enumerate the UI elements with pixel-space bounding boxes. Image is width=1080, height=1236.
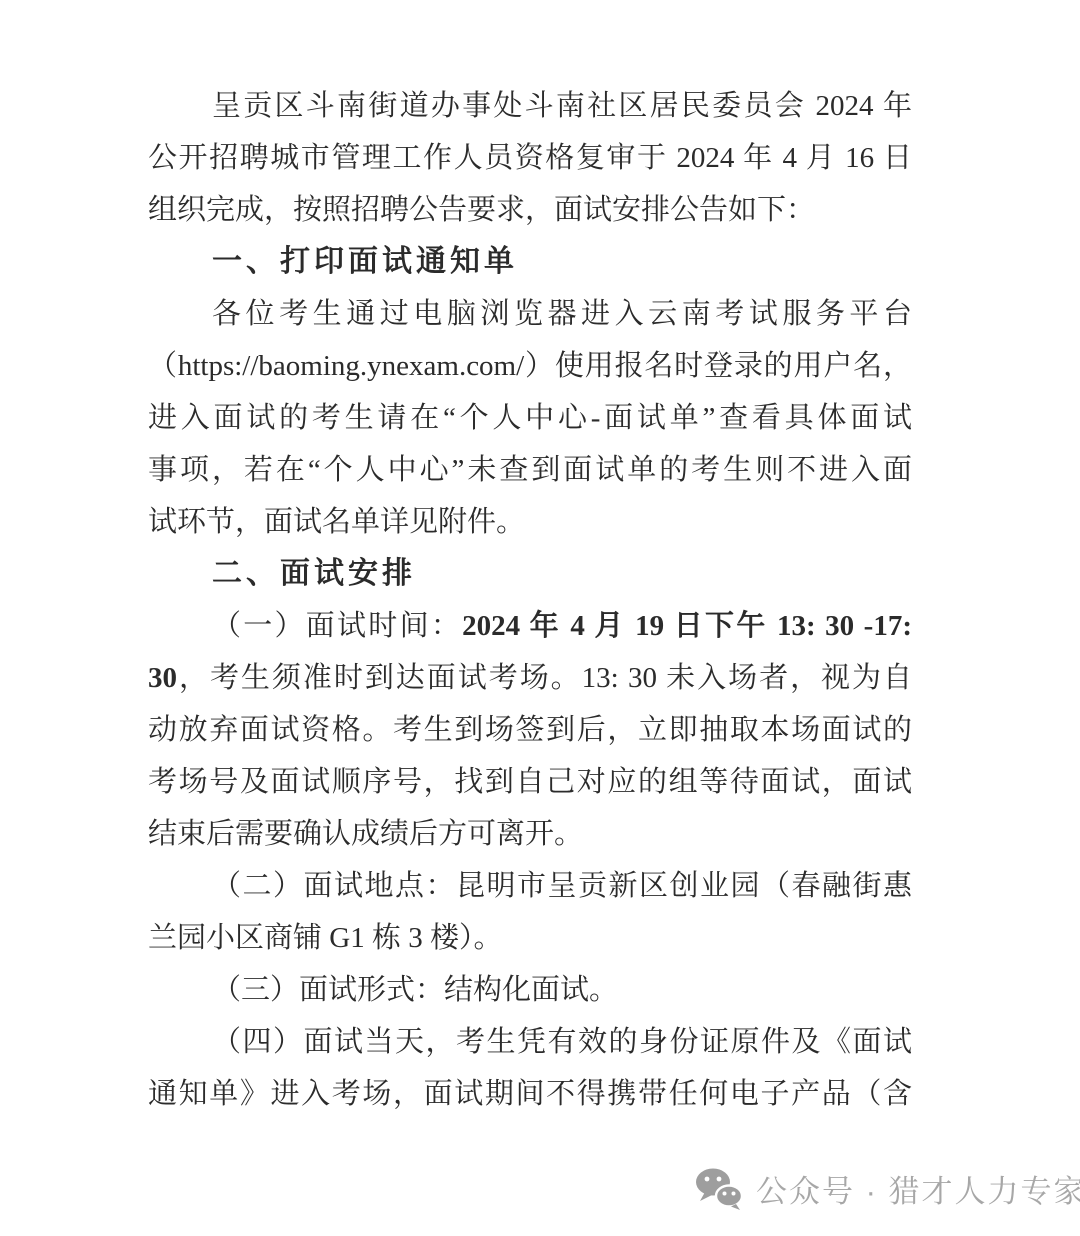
text-segment: 试环节，面试名单详见附件。: [148, 506, 525, 538]
text-segment: 考场号及面试顺序号，找到自己对应的组等待面试，面试: [148, 766, 912, 798]
announcement-document: 呈贡区斗南街道办事处斗南社区居民委员会 2024 年公开招聘城市管理工作人员资格…: [148, 80, 912, 1120]
text-line: （四）面试当天，考生凭有效的身份证原件及《面试: [148, 1016, 912, 1068]
watermark-text: 公众号 · 猎才人力专家: [756, 1166, 1080, 1211]
text-segment: （https://baoming.ynexam.com/）使用报名时登录的用户名…: [148, 350, 912, 382]
text-line: 动放弃面试资格。考生到场签到后，立即抽取本场面试的: [148, 704, 912, 756]
section-heading: 一、打印面试通知单: [148, 236, 912, 288]
text-segment: 进入面试的考生请在“个人中心-面试单”查看具体面试: [148, 402, 912, 434]
text-segment: 结束后需要确认成绩后方可离开。: [148, 818, 583, 850]
text-line: （二）面试地点：昆明市呈贡新区创业园（春融街惠: [148, 860, 912, 912]
text-line: 事项，若在“个人中心”未查到面试单的考生则不进入面: [148, 444, 912, 496]
text-segment: 呈贡区斗南街道办事处斗南社区居民委员会 2024 年: [212, 90, 912, 122]
text-segment: 公开招聘城市管理工作人员资格复审于 2024 年 4 月 16 日: [148, 142, 912, 174]
text-segment: 一、打印面试通知单: [212, 245, 518, 278]
text-line: 组织完成，按照招聘公告要求，面试安排公告如下：: [148, 184, 912, 236]
watermark: 公众号 · 猎才人力专家: [695, 1166, 1080, 1211]
text-segment: 二、面试安排: [212, 557, 416, 590]
text-line: （三）面试形式：结构化面试。: [148, 964, 912, 1016]
text-segment: （一）面试时间：: [212, 610, 462, 642]
text-line: 兰园小区商铺 G1 栋 3 楼）。: [148, 912, 912, 964]
section-heading: 二、面试安排: [148, 548, 912, 600]
text-line: 进入面试的考生请在“个人中心-面试单”查看具体面试: [148, 392, 912, 444]
text-segment: （二）面试地点：昆明市呈贡新区创业园（春融街惠: [212, 870, 912, 902]
text-segment: （四）面试当天，考生凭有效的身份证原件及《面试: [212, 1026, 912, 1058]
text-segment: ，考生须准时到达面试考场。13: 30 未入场者，视为自: [177, 662, 912, 694]
text-line: 呈贡区斗南街道办事处斗南社区居民委员会 2024 年: [148, 80, 912, 132]
text-segment: 动放弃面试资格。考生到场签到后，立即抽取本场面试的: [148, 714, 912, 746]
text-segment: 事项，若在“个人中心”未查到面试单的考生则不进入面: [148, 454, 912, 486]
text-segment: 2024 年 4 月 19 日下午 13: 30 -17:: [462, 610, 912, 642]
text-line: 试环节，面试名单详见附件。: [148, 496, 912, 548]
text-line: 考场号及面试顺序号，找到自己对应的组等待面试，面试: [148, 756, 912, 808]
text-segment: 各位考生通过电脑浏览器进入云南考试服务平台: [212, 298, 912, 330]
text-line: （https://baoming.ynexam.com/）使用报名时登录的用户名…: [148, 340, 912, 392]
wechat-icon: [695, 1168, 743, 1210]
text-line: 通知单》进入考场，面试期间不得携带任何电子产品（含: [148, 1068, 912, 1120]
text-segment: 组织完成，按照招聘公告要求，面试安排公告如下：: [148, 194, 815, 226]
text-segment: 30: [148, 662, 177, 694]
text-line: （一）面试时间：2024 年 4 月 19 日下午 13: 30 -17:: [148, 600, 912, 652]
text-segment: （三）面试形式：结构化面试。: [212, 974, 618, 1006]
text-line: 30，考生须准时到达面试考场。13: 30 未入场者，视为自: [148, 652, 912, 704]
text-line: 结束后需要确认成绩后方可离开。: [148, 808, 912, 860]
text-segment: 兰园小区商铺 G1 栋 3 楼）。: [148, 922, 502, 954]
text-segment: 通知单》进入考场，面试期间不得携带任何电子产品（含: [148, 1078, 912, 1110]
text-line: 公开招聘城市管理工作人员资格复审于 2024 年 4 月 16 日: [148, 132, 912, 184]
text-line: 各位考生通过电脑浏览器进入云南考试服务平台: [148, 288, 912, 340]
